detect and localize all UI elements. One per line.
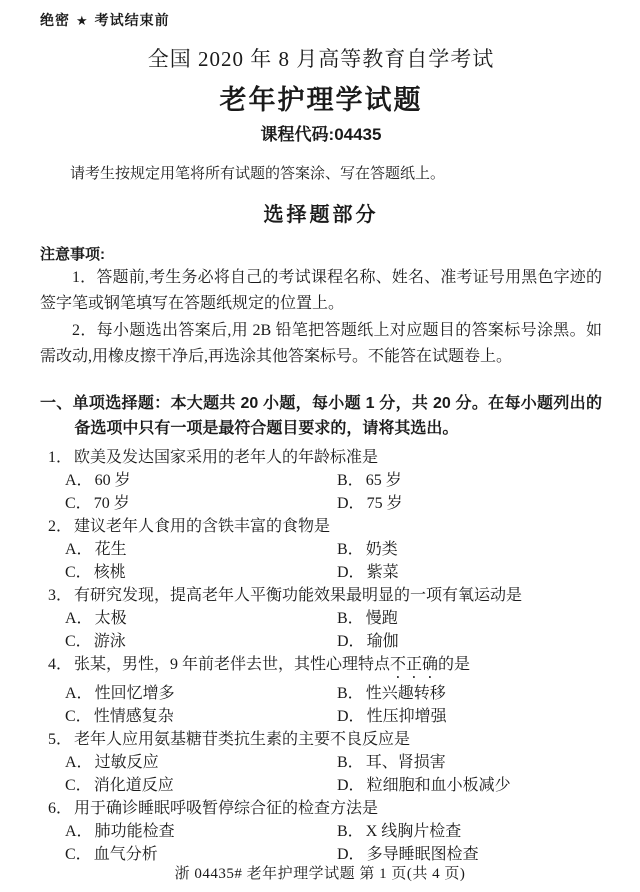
- option-label: D．: [337, 846, 367, 863]
- option-label: C．: [65, 633, 94, 650]
- option-label: D．: [337, 564, 367, 581]
- question-block-5: 5．老年人应用氨基糖苷类抗生素的主要不良反应是 A．过敏反应 B．耳、肾损害 C…: [40, 728, 602, 797]
- option-a: A．过敏反应: [65, 751, 337, 774]
- option-label: B．: [337, 685, 366, 702]
- note-item-2: 2．每小题选出答案后,用 2B 铅笔把答题纸上对应题目的答案标号涂黑。如需改动,…: [40, 318, 602, 370]
- option-text: 75 岁: [367, 495, 403, 512]
- option-text: 65 岁: [366, 472, 402, 489]
- option-a: A．60 岁: [65, 469, 337, 492]
- note-item-1: 1．答题前,考生务必将自己的考试课程名称、姓名、准考证号用黑色字迹的签字笔或钢笔…: [40, 265, 602, 317]
- option-text: 多导睡眠图检查: [367, 846, 479, 863]
- option-label: B．: [337, 541, 366, 558]
- star-icon: ★: [70, 13, 95, 28]
- option-a: A．肺功能检查: [65, 820, 337, 843]
- option-label: C．: [65, 777, 94, 794]
- option-label: A．: [65, 823, 95, 840]
- question-number: 6．: [48, 800, 74, 817]
- page-footer: 浙 04435# 老年护理学试题 第 1 页(共 4 页): [0, 862, 640, 883]
- question-stem-text: 有研究发现，提高老年人平衡功能效果最明显的一项有氧运动是: [74, 587, 522, 604]
- option-label: D．: [337, 633, 367, 650]
- option-label: C．: [65, 564, 94, 581]
- option-text: 70 岁: [94, 495, 130, 512]
- option-text: 性情感复杂: [94, 708, 174, 725]
- secrecy-notice: 绝密★考试结束前: [40, 10, 602, 30]
- question-stem-text: 老年人应用氨基糖苷类抗生素的主要不良反应是: [74, 731, 410, 748]
- question-stem-emphasis: 不正确: [390, 656, 438, 673]
- part-one-heading: 一、单项选择题：本大题共 20 小题，每小题 1 分，共 20 分。在每小题列出…: [40, 391, 602, 441]
- option-text: 太极: [95, 610, 127, 627]
- option-b: B．65 岁: [337, 469, 602, 492]
- course-code: 课程代码:04435: [40, 120, 602, 145]
- option-label: D．: [337, 495, 367, 512]
- secrecy-suffix: 考试结束前: [95, 12, 170, 28]
- option-label: A．: [65, 472, 95, 489]
- question-block-3: 3．有研究发现，提高老年人平衡功能效果最明显的一项有氧运动是 A．太极 B．慢跑…: [40, 584, 602, 653]
- option-d: D．75 岁: [337, 492, 602, 515]
- question-block-4: 4．张某，男性，9 年前老伴去世，其性心理特点不正确的是 A．性回忆增多 B．性…: [40, 653, 602, 728]
- option-text: 耳、肾损害: [366, 754, 446, 771]
- option-text: 血气分析: [94, 846, 158, 863]
- option-text: 性压抑增强: [367, 708, 447, 725]
- part-one-heading-text: 单项选择题：本大题共 20 小题，每小题 1 分，共 20 分。在每小题列出的备…: [73, 395, 602, 437]
- option-text: 慢跑: [366, 610, 398, 627]
- exam-session-title: 全国 2020 年 8 月高等教育自学考试: [40, 43, 602, 73]
- option-text: 核桃: [94, 564, 126, 581]
- option-label: D．: [337, 777, 367, 794]
- option-b: B．性兴趣转移: [337, 682, 602, 705]
- option-c: C．游泳: [65, 630, 337, 653]
- option-text: 紫菜: [367, 564, 399, 581]
- notes-heading: 注意事项:: [40, 243, 602, 264]
- question-options: A．太极 B．慢跑 C．游泳 D．瑜伽: [40, 607, 602, 653]
- option-text: 性兴趣转移: [366, 685, 446, 702]
- option-text: 60 岁: [95, 472, 131, 489]
- question-stem: 5．老年人应用氨基糖苷类抗生素的主要不良反应是: [40, 728, 602, 751]
- option-label: A．: [65, 685, 95, 702]
- option-c: C．70 岁: [65, 492, 337, 515]
- question-block-6: 6．用于确诊睡眠呼吸暂停综合征的检查方法是 A．肺功能检查 B．X 线胸片检查 …: [40, 797, 602, 866]
- question-number: 5．: [48, 731, 74, 748]
- option-label: A．: [65, 610, 95, 627]
- question-number: 3．: [48, 587, 74, 604]
- question-number: 4．: [48, 656, 74, 673]
- option-label: D．: [337, 708, 367, 725]
- option-d: D．性压抑增强: [337, 705, 602, 728]
- option-text: X 线胸片检查: [366, 823, 462, 840]
- question-block-2: 2．建议老年人食用的含铁丰富的食物是 A．花生 B．奶类 C．核桃 D．紫菜: [40, 515, 602, 584]
- question-options: A．过敏反应 B．耳、肾损害 C．消化道反应 D．粒细胞和血小板减少: [40, 751, 602, 797]
- question-options: A．性回忆增多 B．性兴趣转移 C．性情感复杂 D．性压抑增强: [40, 682, 602, 728]
- question-stem-text: 欧美及发达国家采用的老年人的年龄标准是: [74, 449, 378, 466]
- option-text: 花生: [95, 541, 127, 558]
- question-number: 2．: [48, 518, 74, 535]
- option-text: 过敏反应: [95, 754, 159, 771]
- option-label: A．: [65, 541, 95, 558]
- option-d: D．粒细胞和血小板减少: [337, 774, 602, 797]
- option-label: B．: [337, 610, 366, 627]
- option-text: 奶类: [366, 541, 398, 558]
- option-text: 粒细胞和血小板减少: [367, 777, 511, 794]
- option-d: D．瑜伽: [337, 630, 602, 653]
- option-a: A．性回忆增多: [65, 682, 337, 705]
- option-text: 消化道反应: [94, 777, 174, 794]
- question-options: A．肺功能检查 B．X 线胸片检查 C．血气分析 D．多导睡眠图检查: [40, 820, 602, 866]
- question-stem-text: 的是: [438, 656, 470, 673]
- question-stem: 4．张某，男性，9 年前老伴去世，其性心理特点不正确的是: [40, 653, 602, 682]
- question-options: A．60 岁 B．65 岁 C．70 岁 D．75 岁: [40, 469, 602, 515]
- question-stem-text: 用于确诊睡眠呼吸暂停综合征的检查方法是: [74, 800, 378, 817]
- option-a: A．花生: [65, 538, 337, 561]
- option-text: 游泳: [94, 633, 126, 650]
- question-stem-text: 建议老年人食用的含铁丰富的食物是: [74, 518, 330, 535]
- option-d: D．紫菜: [337, 561, 602, 584]
- option-label: B．: [337, 472, 366, 489]
- option-text: 性回忆增多: [95, 685, 175, 702]
- question-number: 1．: [48, 449, 74, 466]
- option-a: A．太极: [65, 607, 337, 630]
- secrecy-label: 绝密: [40, 12, 70, 28]
- option-label: C．: [65, 846, 94, 863]
- option-c: C．核桃: [65, 561, 337, 584]
- question-stem: 3．有研究发现，提高老年人平衡功能效果最明显的一项有氧运动是: [40, 584, 602, 607]
- option-label: C．: [65, 708, 94, 725]
- exam-paper-page: 绝密★考试结束前 全国 2020 年 8 月高等教育自学考试 老年护理学试题 课…: [0, 0, 640, 892]
- option-c: C．消化道反应: [65, 774, 337, 797]
- option-label: B．: [337, 754, 366, 771]
- question-stem: 2．建议老年人食用的含铁丰富的食物是: [40, 515, 602, 538]
- part-one-number: 一、: [40, 395, 73, 412]
- option-label: A．: [65, 754, 95, 771]
- option-b: B．X 线胸片检查: [337, 820, 602, 843]
- question-stem: 1．欧美及发达国家采用的老年人的年龄标准是: [40, 446, 602, 469]
- option-b: B．慢跑: [337, 607, 602, 630]
- question-stem: 6．用于确诊睡眠呼吸暂停综合征的检查方法是: [40, 797, 602, 820]
- section-title: 选择题部分: [40, 198, 602, 227]
- question-block-1: 1．欧美及发达国家采用的老年人的年龄标准是 A．60 岁 B．65 岁 C．70…: [40, 446, 602, 515]
- page-title: 老年护理学试题: [40, 78, 602, 117]
- option-label: C．: [65, 495, 94, 512]
- question-stem-text: 张某，男性，9 年前老伴去世，其性心理特点: [74, 656, 390, 673]
- question-options: A．花生 B．奶类 C．核桃 D．紫菜: [40, 538, 602, 584]
- option-text: 肺功能检查: [95, 823, 175, 840]
- option-b: B．耳、肾损害: [337, 751, 602, 774]
- answer-sheet-instruction: 请考生按规定用笔将所有试题的答案涂、写在答题纸上。: [40, 162, 602, 183]
- option-b: B．奶类: [337, 538, 602, 561]
- option-text: 瑜伽: [367, 633, 399, 650]
- option-c: C．性情感复杂: [65, 705, 337, 728]
- option-label: B．: [337, 823, 366, 840]
